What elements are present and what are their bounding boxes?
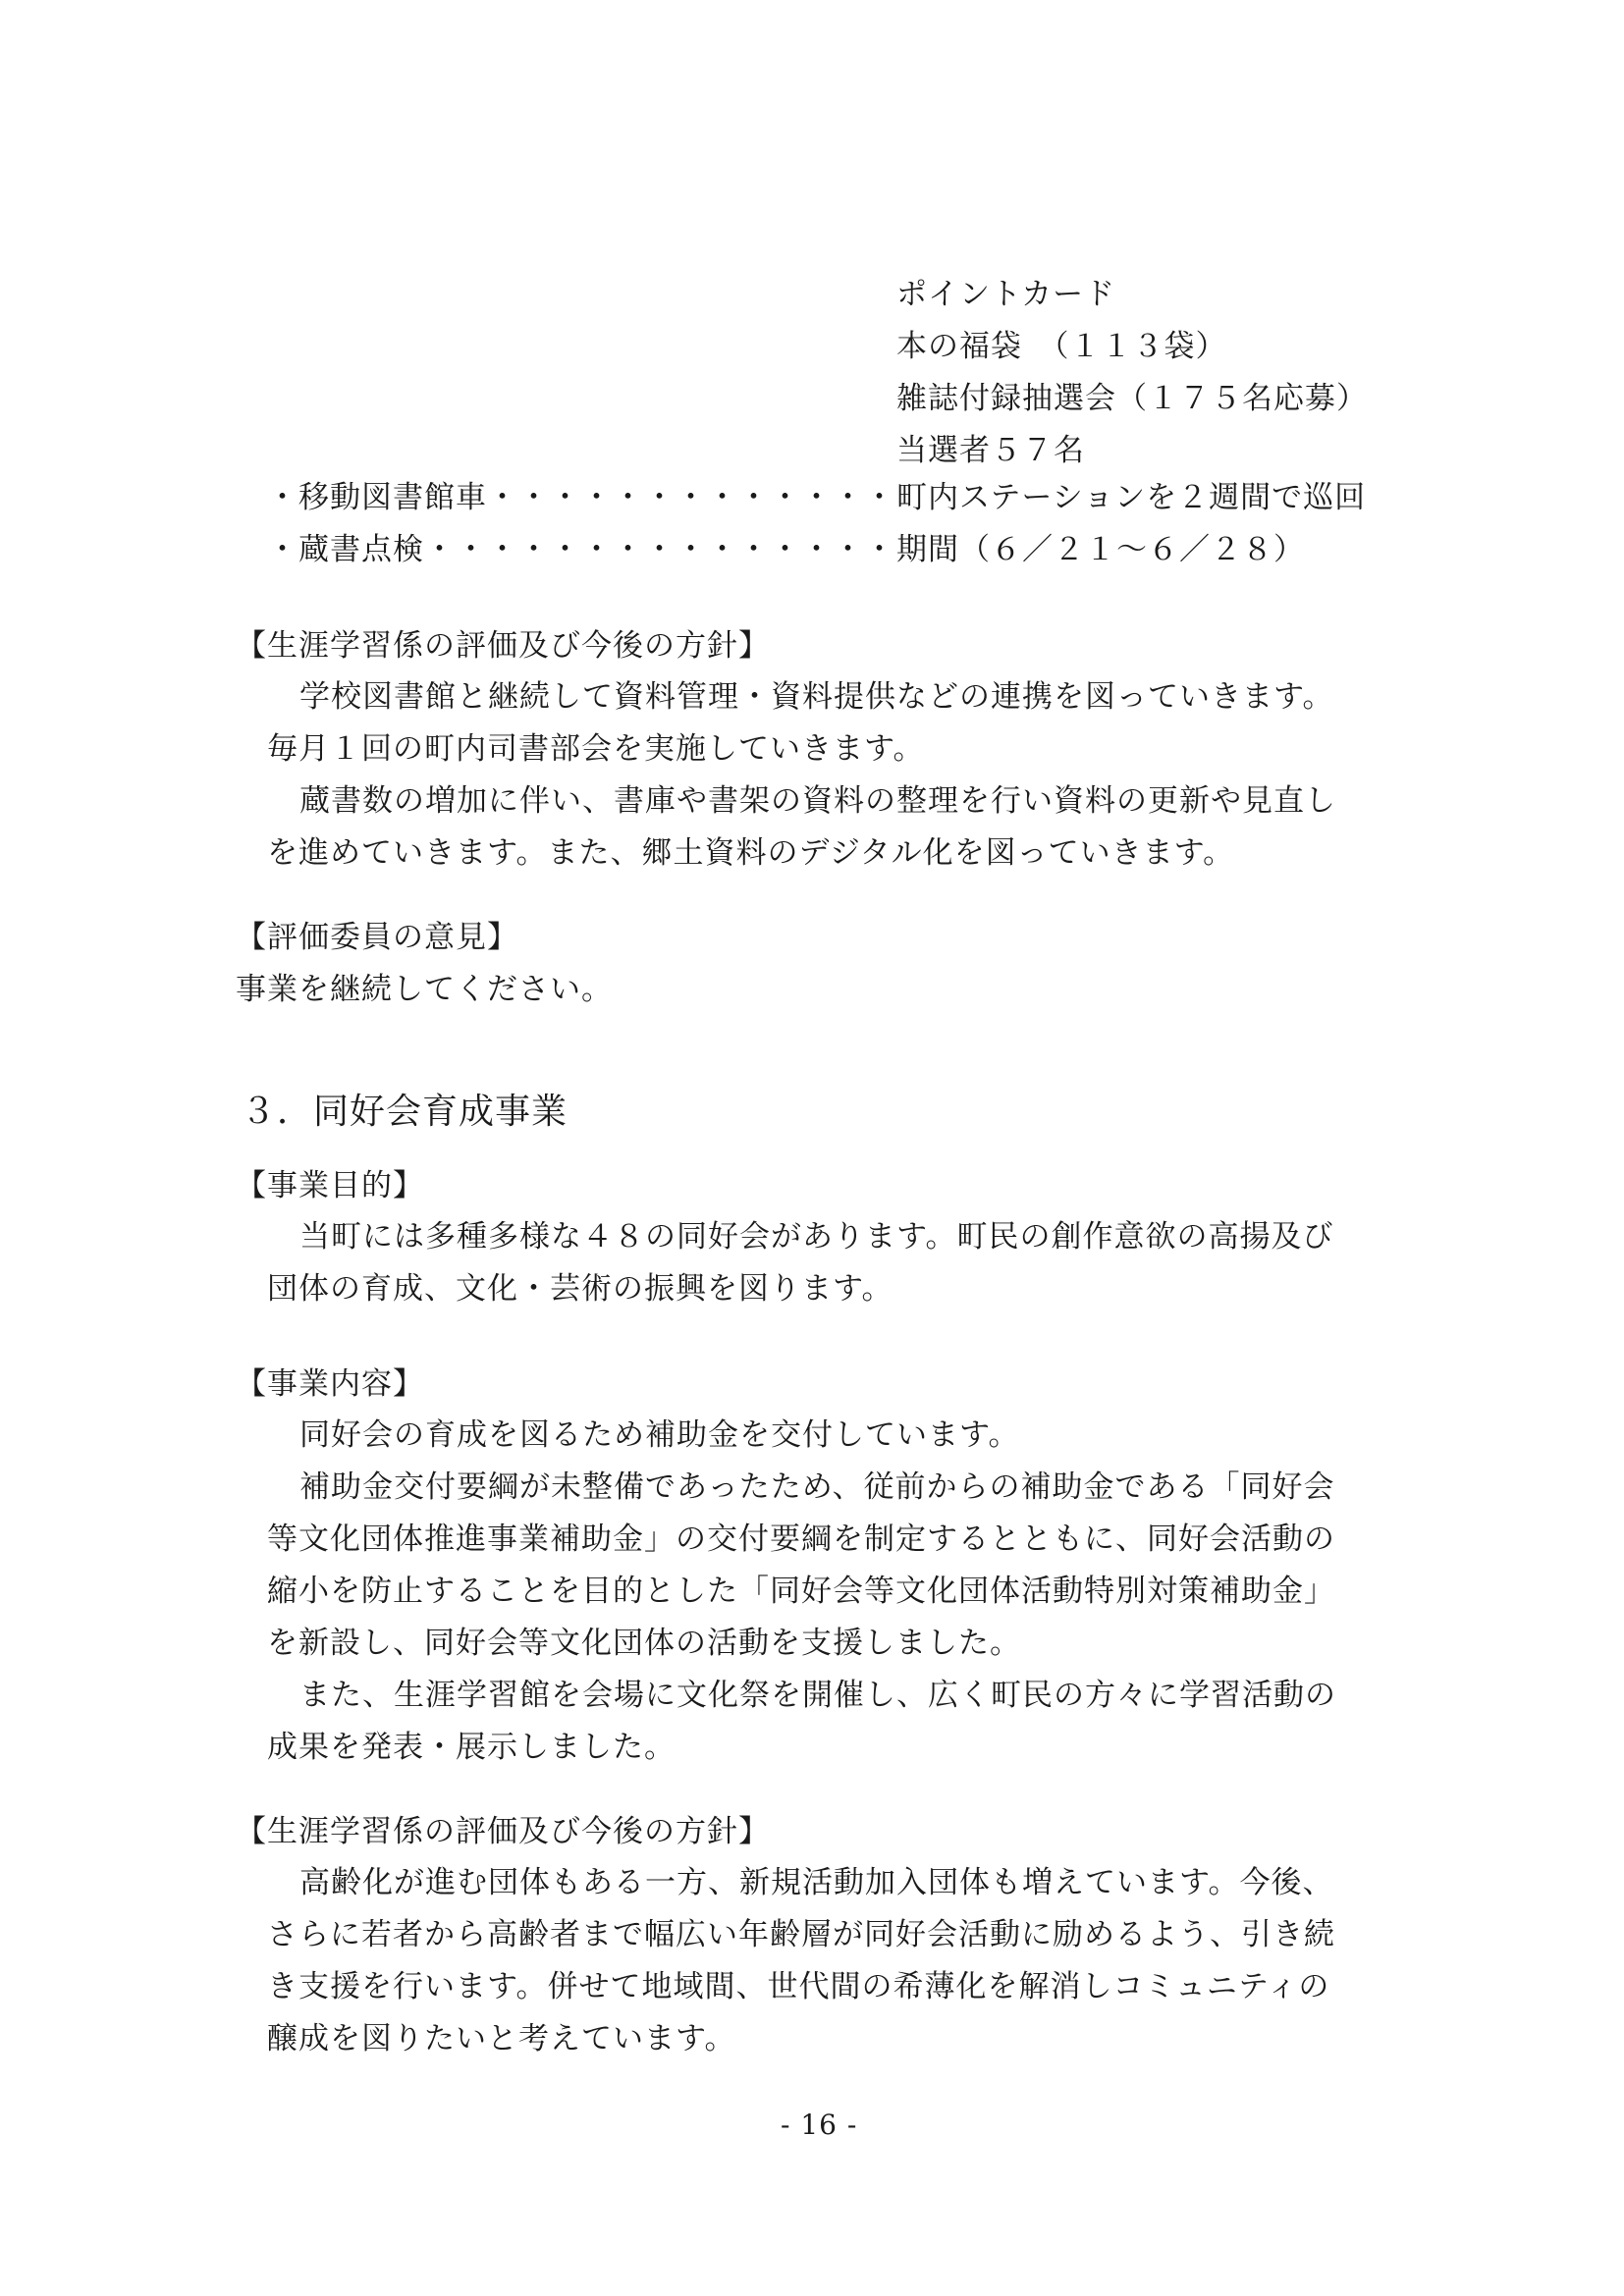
section-heading: 【事業目的】 [236, 1166, 424, 1205]
event-item: ポイントカード [896, 275, 1115, 314]
section-heading: 【生涯学習係の評価及び今後の方針】 [236, 1812, 770, 1851]
row-value-mobile-library: 町内ステーションを２週間で巡回 [896, 478, 1366, 517]
row-value-inventory: 期間（６／２１～６／２８） [896, 530, 1305, 569]
section-heading: 【事業内容】 [236, 1364, 424, 1404]
paragraph-line: き支援を行います。併せて地域間、世代間の希薄化を解消しコミュニティの [267, 1967, 1329, 2006]
event-item: 当選者５７名 [896, 431, 1085, 470]
section-heading: 【評価委員の意見】 [236, 918, 518, 957]
paragraph-line: さらに若者から高齢者まで幅広い年齢層が同好会活動に励めるよう、引き続 [267, 1915, 1335, 1954]
page-number: - 16 - [781, 2109, 857, 2142]
paragraph-line: 同好会の育成を図るため補助金を交付しています。 [299, 1415, 1020, 1455]
paragraph-line: 当町には多種多様な４８の同好会があります。町民の創作意欲の高揚及び [299, 1217, 1334, 1256]
paragraph-line: を進めていきます。また、郷土資料のデジタル化を図っていきます。 [267, 833, 1234, 873]
paragraph-line: 高齢化が進む団体もある一方、新規活動加入団体も増えています。今後、 [299, 1863, 1334, 1902]
paragraph-line: 成果を発表・展示しました。 [267, 1728, 676, 1767]
paragraph-line: 学校図書館と継続して資料管理・資料提供などの連携を図っていきます。 [299, 677, 1334, 717]
paragraph-line: 等文化団体推進事業補助金」の交付要綱を制定するとともに、同好会活動の [267, 1520, 1335, 1559]
paragraph-line: 毎月１回の町内司書部会を実施していきます。 [267, 729, 925, 769]
paragraph-line: 醸成を図りたいと考えています。 [267, 2019, 736, 2058]
paragraph-line: 縮小を防止することを目的とした「同好会等文化団体活動特別対策補助金」 [267, 1572, 1335, 1611]
paragraph-line: 補助金交付要綱が未整備であったため、従前からの補助金である「同好会 [299, 1468, 1334, 1507]
event-item: 本の福袋 （１１３袋） [896, 327, 1227, 366]
event-item: 雑誌付録抽選会（１７５名応募） [896, 379, 1368, 418]
paragraph-line: また、生涯学習館を会場に文化祭を開催し、広く町民の方々に学習活動の [299, 1676, 1336, 1715]
paragraph-line: 団体の育成、文化・芸術の振興を図ります。 [267, 1269, 893, 1308]
paragraph-line: を新設し、同好会等文化団体の活動を支援しました。 [267, 1624, 1021, 1663]
paragraph-line: 事業を継続してください。 [236, 970, 613, 1009]
row-label-inventory: ・蔵書点検・・・・・・・・・・・・・・・ [267, 530, 895, 569]
section-title: ３．同好会育成事業 [241, 1090, 568, 1135]
section-heading: 【生涯学習係の評価及び今後の方針】 [236, 626, 770, 666]
row-label-mobile-library: ・移動図書館車・・・・・・・・・・・・・ [267, 478, 895, 517]
paragraph-line: 蔵書数の増加に伴い、書庫や書架の資料の整理を行い資料の更新や見直し [299, 781, 1336, 821]
